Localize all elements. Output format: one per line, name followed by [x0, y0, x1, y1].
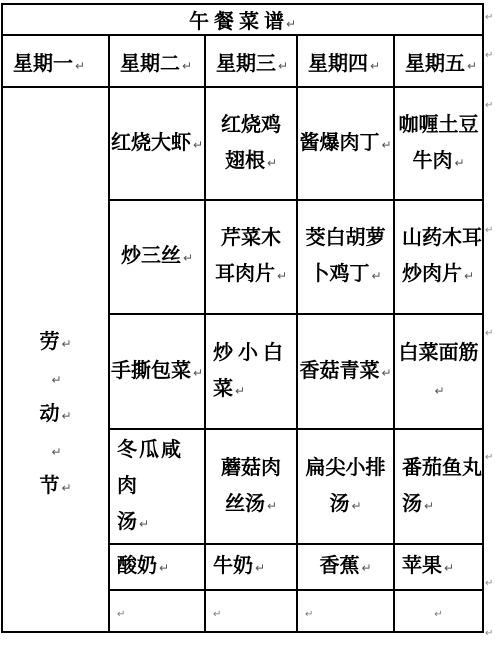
pilcrow-mark: ↵ [361, 561, 371, 575]
cell-wednesday-empty[interactable]: ↵ [205, 590, 297, 632]
day-cell-wednesday[interactable]: 星期三↵ [205, 35, 297, 87]
pilcrow-mark: ↵ [277, 269, 287, 283]
dish-name: 汤 [329, 493, 349, 515]
lunch-menu-table: 午 餐 菜 谱↵ 星期一↵ 星期二↵ 星期三↵ 星期四↵ 星期五↵ 劳↵ ↵ 动… [1, 3, 484, 633]
end-of-row-mark: ↵ [485, 50, 493, 61]
dish-name: 炒三丝 [121, 245, 181, 267]
cell-tuesday-dessert[interactable]: 酸奶↵ [109, 544, 205, 590]
holiday-char: 劳 [39, 331, 59, 353]
end-of-row-mark: ↵ [485, 225, 493, 236]
dish-line: 茭白胡萝 [298, 220, 393, 256]
dish-line: 咖喱土豆 [395, 107, 482, 143]
pilcrow-mark: ↵ [61, 481, 71, 495]
cell-tuesday-dish1[interactable]: 红烧大虾↵ [109, 87, 205, 200]
pilcrow-mark: ↵ [278, 59, 288, 73]
dish-name: 扁尖小排 [306, 457, 386, 479]
dish-name: 芹菜木 [221, 227, 281, 249]
pilcrow-mark: ↵ [454, 156, 464, 170]
day-cell-thursday[interactable]: 星期四↵ [297, 35, 394, 87]
cell-thursday-soup[interactable]: 扁尖小排 汤↵ [297, 429, 394, 544]
pilcrow-mark: ↵ [51, 445, 61, 459]
pilcrow-mark: ↵ [61, 409, 71, 423]
dish-name: 茭白胡萝 [306, 227, 386, 249]
dish-name: 牛奶 [213, 555, 253, 577]
pilcrow-mark: ↵ [235, 384, 245, 398]
holiday-char: 节 [39, 475, 59, 497]
dish-name: 翅根 [225, 150, 265, 172]
dish-line: 菜↵ [213, 371, 296, 409]
day-cell-friday[interactable]: 星期五↵ [394, 35, 483, 87]
pilcrow-mark: ↵ [286, 17, 296, 31]
dish-name: 香菇青菜 [299, 360, 379, 382]
holiday-line: 劳↵ [3, 324, 108, 360]
dish-line: 汤↵ [117, 504, 204, 542]
dish-name: 咖喱土豆 [399, 114, 479, 136]
cell-friday-dish3[interactable]: 白菜面筋↵ [394, 314, 483, 429]
dish-line: 冬瓜咸肉 [117, 432, 204, 504]
pilcrow-mark: ↵ [371, 269, 381, 283]
dish-line: 汤↵ [402, 486, 482, 524]
dish-line: 汤↵ [298, 486, 393, 524]
dish-name: 红烧大虾 [111, 132, 191, 154]
dish-line: 耳肉片↵ [206, 256, 296, 294]
day-cell-tuesday[interactable]: 星期二↵ [109, 35, 205, 87]
cell-thursday-empty[interactable]: ↵ [297, 590, 394, 632]
pilcrow-mark: ↵ [51, 373, 61, 387]
dish-line: 苹果↵ [402, 548, 482, 586]
cell-wednesday-dish2[interactable]: 芹菜木 耳肉片↵ [205, 200, 297, 314]
end-of-row-mark: ↵ [485, 628, 493, 639]
cell-thursday-dish1[interactable]: 酱爆肉丁↵ [297, 87, 394, 200]
dish-line: 牛奶↵ [213, 548, 296, 586]
dish-name: 汤 [117, 511, 137, 533]
pilcrow-mark: ↵ [117, 609, 125, 620]
dish-name: 牛肉 [412, 150, 452, 172]
dish-name: 炒肉片 [402, 263, 462, 285]
dish-name: 丝汤 [225, 493, 265, 515]
cell-friday-dish1[interactable]: 咖喱土豆 牛肉↵ [394, 87, 483, 200]
end-of-row-mark: ↵ [485, 12, 493, 23]
pilcrow-mark: ↵ [370, 59, 380, 73]
day-label: 星期一 [13, 53, 73, 75]
dish-line: 炒三丝↵ [110, 238, 204, 276]
cell-friday-dessert[interactable]: 苹果↵ [394, 544, 483, 590]
dish-name: 白菜面筋 [399, 342, 479, 364]
cell-friday-soup[interactable]: 番茄鱼丸 汤↵ [394, 429, 483, 544]
dish-line: 翅根↵ [206, 143, 296, 181]
pilcrow-mark: ↵ [434, 609, 442, 620]
pilcrow-mark: ↵ [193, 366, 203, 380]
dish-name: 卜鸡丁 [309, 263, 369, 285]
menu-title: 午 餐 菜 谱 [189, 11, 284, 33]
day-cell-monday[interactable]: 星期一↵ [2, 35, 109, 87]
pilcrow-mark: ↵ [159, 561, 169, 575]
dish-line: 红烧鸡 [206, 107, 296, 143]
dish-name: 炒 小 白 [213, 342, 283, 364]
pilcrow-mark: ↵ [444, 561, 454, 575]
dish-line: 香菇青菜↵ [298, 353, 393, 391]
day-label: 星期四 [308, 53, 368, 75]
pilcrow-mark: ↵ [434, 384, 444, 398]
title-cell[interactable]: 午 餐 菜 谱↵ [2, 4, 483, 35]
cell-tuesday-soup[interactable]: 冬瓜咸肉 汤↵ [109, 429, 205, 544]
dish-line: 炒肉片↵ [402, 256, 482, 294]
day-label: 星期五 [405, 53, 465, 75]
cell-wednesday-dessert[interactable]: 牛奶↵ [205, 544, 297, 590]
cell-friday-dish2[interactable]: 山药木耳 炒肉片↵ [394, 200, 483, 314]
pilcrow-mark: ↵ [193, 138, 203, 152]
cell-wednesday-dish3[interactable]: 炒 小 白 菜↵ [205, 314, 297, 429]
pilcrow-mark: ↵ [305, 609, 313, 620]
dish-name: 香蕉 [319, 555, 359, 577]
end-of-row-mark: ↵ [485, 452, 493, 463]
cell-thursday-dish2[interactable]: 茭白胡萝 卜鸡丁↵ [297, 200, 394, 314]
dish-name: 耳肉片 [215, 263, 275, 285]
cell-tuesday-dish2[interactable]: 炒三丝↵ [109, 200, 205, 314]
pilcrow-mark: ↵ [267, 156, 277, 170]
dish-name: 山药木耳 [402, 227, 482, 249]
pilcrow-mark: ↵ [424, 499, 434, 513]
dish-name: 菜 [213, 378, 233, 400]
pilcrow-mark: ↵ [61, 337, 71, 351]
dish-line: 酸奶↵ [117, 548, 204, 586]
pilcrow-mark: ↵ [75, 59, 85, 73]
pilcrow-mark: ↵ [464, 269, 474, 283]
pilcrow-mark: ↵ [255, 561, 265, 575]
holiday-empty-line: ↵ [3, 432, 108, 468]
dish-line: 红烧大虾↵ [110, 125, 204, 163]
pilcrow-mark: ↵ [213, 609, 221, 620]
pilcrow-mark: ↵ [351, 499, 361, 513]
holiday-line: 节↵ [3, 468, 108, 504]
pilcrow-mark: ↵ [381, 138, 391, 152]
dish-line: 炒 小 白 [213, 335, 296, 371]
dish-line: 扁尖小排 [298, 450, 393, 486]
document-page: 午 餐 菜 谱↵ 星期一↵ 星期二↵ 星期三↵ 星期四↵ 星期五↵ 劳↵ ↵ 动… [0, 0, 495, 648]
dish-line: 酱爆肉丁↵ [298, 125, 393, 163]
dish-name: 酸奶 [117, 555, 157, 577]
dish-name: 酱爆肉丁 [299, 132, 379, 154]
dish-name: 红烧鸡 [221, 114, 281, 136]
dish-line: 丝汤↵ [206, 486, 296, 524]
pilcrow-mark: ↵ [267, 499, 277, 513]
end-of-row-mark: ↵ [485, 328, 493, 339]
day-label: 星期二 [120, 53, 180, 75]
dish-name: 冬瓜咸肉 [117, 439, 183, 497]
holiday-line: 动↵ [3, 396, 108, 432]
dish-name: 蘑菇肉 [221, 457, 281, 479]
cell-wednesday-dish1[interactable]: 红烧鸡 翅根↵ [205, 87, 297, 200]
dish-line: 牛肉↵ [395, 143, 482, 181]
dish-line: 番茄鱼丸 [402, 450, 482, 486]
end-of-row-mark: ↵ [485, 578, 493, 589]
end-of-row-mark: ↵ [485, 100, 493, 111]
dish-line: 白菜面筋↵ [395, 335, 482, 409]
dish-line: 芹菜木 [206, 220, 296, 256]
dish-line: 手撕包菜↵ [110, 353, 204, 391]
pilcrow-mark: ↵ [139, 517, 149, 531]
holiday-empty-line: ↵ [3, 360, 108, 396]
dish-line: 卜鸡丁↵ [298, 256, 393, 294]
cell-tuesday-dish3[interactable]: 手撕包菜↵ [109, 314, 205, 429]
cell-friday-empty[interactable]: ↵ [394, 590, 483, 632]
holiday-cell-labor-day[interactable]: 劳↵ ↵ 动↵ ↵ 节↵ [2, 87, 109, 632]
dish-line: 香蕉↵ [298, 548, 393, 586]
dish-name: 番茄鱼丸 [402, 457, 482, 479]
cell-thursday-dish3[interactable]: 香菇青菜↵ [297, 314, 394, 429]
day-label: 星期三 [216, 53, 276, 75]
dish-name: 汤 [402, 493, 422, 515]
cell-tuesday-empty[interactable]: ↵ [109, 590, 205, 632]
pilcrow-mark: ↵ [182, 59, 192, 73]
pilcrow-mark: ↵ [381, 366, 391, 380]
pilcrow-mark: ↵ [467, 59, 477, 73]
cell-thursday-dessert[interactable]: 香蕉↵ [297, 544, 394, 590]
dish-line: 山药木耳 [402, 220, 482, 256]
cell-wednesday-soup[interactable]: 蘑菇肉 丝汤↵ [205, 429, 297, 544]
holiday-char: 动 [39, 403, 59, 425]
pilcrow-mark: ↵ [183, 251, 193, 265]
dish-name: 苹果 [402, 555, 442, 577]
dish-name: 手撕包菜 [111, 360, 191, 382]
dish-line: 蘑菇肉 [206, 450, 296, 486]
